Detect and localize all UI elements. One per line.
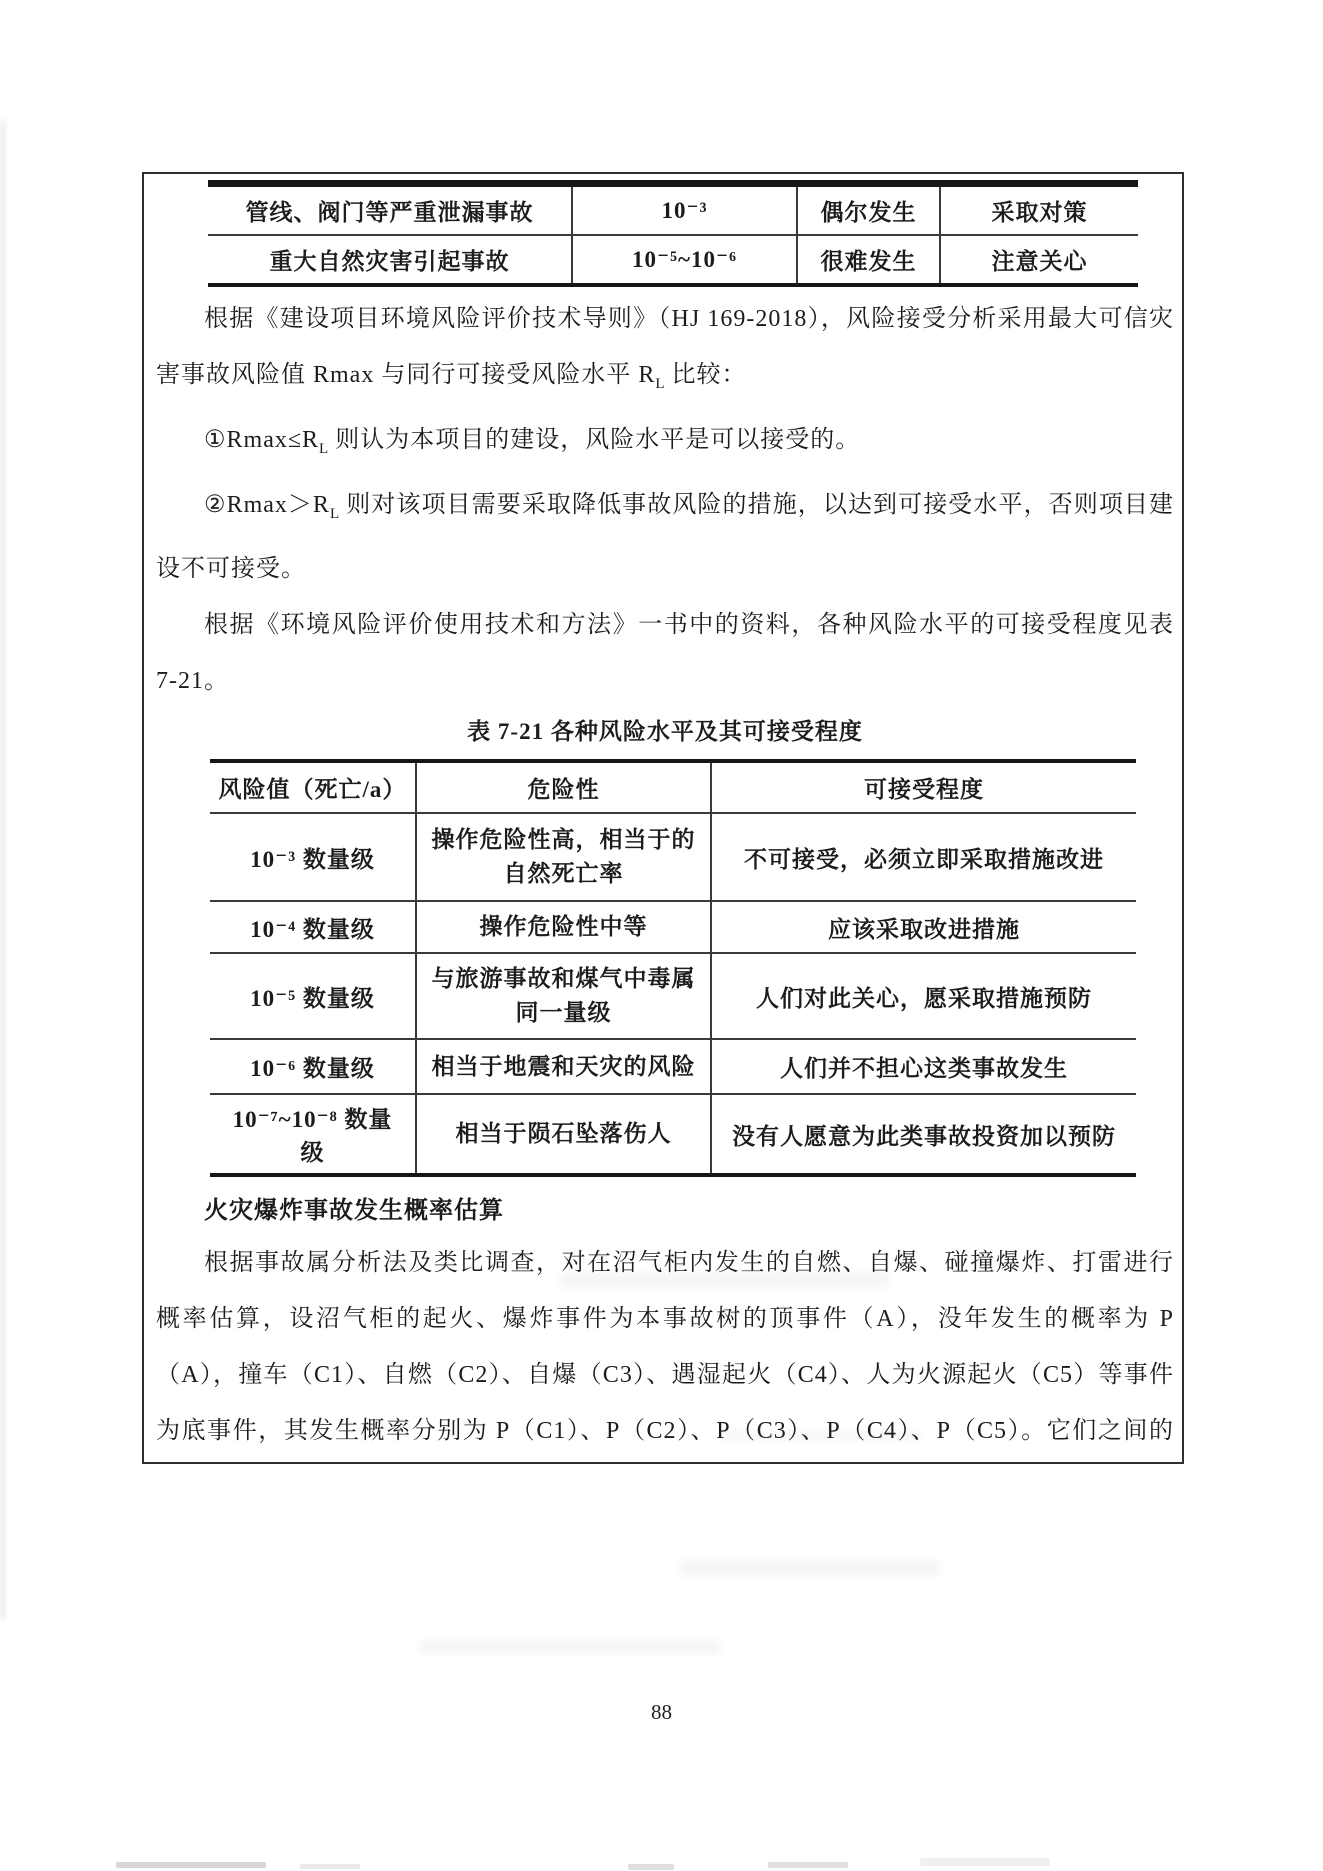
paragraph-text: ①Rmax≤R xyxy=(204,427,319,453)
section-heading: 火灾爆炸事故发生概率估算 xyxy=(156,1187,1174,1235)
document-border-box: 管线、阀门等严重泄漏事故 10⁻³ 偶尔发生 采取对策 重大自然灾害引起事故 1… xyxy=(142,172,1184,1464)
paragraph-text: 比较： xyxy=(665,362,747,388)
bleed-through-mark xyxy=(420,1640,720,1654)
cell-acceptability: 人们并不担心这类事故发生 xyxy=(711,1039,1136,1094)
cell-risk-value: 10⁻⁴ 数量级 xyxy=(210,901,416,953)
table-cell-accident: 重大自然灾害引起事故 xyxy=(208,235,572,285)
paragraph-condition-2: ②Rmax＞RL 则对该项目需要采取降低事故风险的措施，以达到可接受水平，否则项… xyxy=(156,477,1174,598)
subscript-l: L xyxy=(655,376,664,392)
cell-risk-value: 10⁻⁷~10⁻⁸ 数量级 xyxy=(210,1094,416,1175)
cell-acceptability: 没有人愿意为此类事故投资加以预防 xyxy=(711,1094,1136,1175)
table-cell-accident: 管线、阀门等严重泄漏事故 xyxy=(208,184,572,236)
header-acceptability: 可接受程度 xyxy=(711,761,1136,813)
cell-risk-value: 10⁻³ 数量级 xyxy=(210,813,416,901)
header-risk-value: 风险值（死亡/a） xyxy=(210,761,416,813)
table-row: 10⁻⁷~10⁻⁸ 数量级 相当于陨石坠落伤人 没有人愿意为此类事故投资加以预防 xyxy=(210,1094,1136,1175)
table-cell-frequency: 偶尔发生 xyxy=(797,184,940,236)
risk-level-table: 风险值（死亡/a） 危险性 可接受程度 10⁻³ 数量级 操作危险性高，相当于的… xyxy=(210,759,1136,1177)
scan-edge-shadow xyxy=(0,120,6,1620)
scan-smudge xyxy=(116,1862,266,1868)
table-row: 10⁻³ 数量级 操作危险性高，相当于的自然死亡率 不可接受，必须立即采取措施改… xyxy=(210,813,1136,901)
scan-smudge xyxy=(300,1864,360,1869)
cell-risk-value: 10⁻⁶ 数量级 xyxy=(210,1039,416,1094)
table-row: 10⁻⁶ 数量级 相当于地震和天灾的风险 人们并不担心这类事故发生 xyxy=(210,1039,1136,1094)
cell-danger: 相当于地震和天灾的风险 xyxy=(416,1039,711,1094)
cell-danger: 操作危险性高，相当于的自然死亡率 xyxy=(416,813,711,901)
table-cell-probability: 10⁻⁵~10⁻⁶ xyxy=(572,235,797,285)
page-number: 88 xyxy=(0,1700,1323,1725)
table-row: 重大自然灾害引起事故 10⁻⁵~10⁻⁶ 很难发生 注意关心 xyxy=(208,235,1138,285)
table-cell-frequency: 很难发生 xyxy=(797,235,940,285)
table-caption: 表 7-21 各种风险水平及其可接受程度 xyxy=(156,711,1174,753)
table-row: 管线、阀门等严重泄漏事故 10⁻³ 偶尔发生 采取对策 xyxy=(208,184,1138,236)
subscript-l: L xyxy=(319,441,328,457)
cell-acceptability: 人们对此关心，愿采取措施预防 xyxy=(711,953,1136,1039)
table-row: 10⁻⁴ 数量级 操作危险性中等 应该采取改进措施 xyxy=(210,901,1136,953)
paragraph-text: 则认为本项目的建设，风险水平是可以接受的。 xyxy=(328,427,860,453)
cell-acceptability: 不可接受，必须立即采取措施改进 xyxy=(711,813,1136,901)
table-row: 10⁻⁵ 数量级 与旅游事故和煤气中毒属同一量级 人们对此关心，愿采取措施预防 xyxy=(210,953,1136,1039)
header-danger: 危险性 xyxy=(416,761,711,813)
document-page: { "page": { "number": "88" }, "continuat… xyxy=(0,0,1323,1871)
table-cell-measure: 采取对策 xyxy=(940,184,1138,236)
table-cell-measure: 注意关心 xyxy=(940,235,1138,285)
cell-danger: 与旅游事故和煤气中毒属同一量级 xyxy=(416,953,711,1039)
paragraph-risk-criteria: 根据《建设项目环境风险评价技术导则》（HJ 169-2018），风险接受分析采用… xyxy=(156,291,1174,412)
table-cell-probability: 10⁻³ xyxy=(572,184,797,236)
cell-acceptability: 应该采取改进措施 xyxy=(711,901,1136,953)
scan-smudge xyxy=(920,1858,1050,1866)
paragraph-acceptability-intro: 根据《环境风险评价使用技术和方法》一书中的资料，各种风险水平的可接受程度见表 7… xyxy=(156,597,1174,709)
section-body-paragraph: 根据事故属分析法及类比调查，对在沼气柜内发生的自燃、自爆、碰撞爆炸、打雷进行概率… xyxy=(156,1235,1174,1464)
cell-risk-value: 10⁻⁵ 数量级 xyxy=(210,953,416,1039)
body-text-block: 根据《建设项目环境风险评价技术导则》（HJ 169-2018），风险接受分析采用… xyxy=(156,291,1174,709)
paragraph-condition-1: ①Rmax≤RL 则认为本项目的建设，风险水平是可以接受的。 xyxy=(156,412,1174,477)
scan-smudge xyxy=(768,1862,848,1868)
bleed-through-mark xyxy=(680,1560,940,1576)
table-header-row: 风险值（死亡/a） 危险性 可接受程度 xyxy=(210,761,1136,813)
subscript-l: L xyxy=(330,505,339,521)
paragraph-text: ②Rmax＞R xyxy=(204,492,330,518)
continuation-table: 管线、阀门等严重泄漏事故 10⁻³ 偶尔发生 采取对策 重大自然灾害引起事故 1… xyxy=(208,180,1138,287)
scan-smudge xyxy=(628,1864,674,1870)
cell-danger: 操作危险性中等 xyxy=(416,901,711,953)
cell-danger: 相当于陨石坠落伤人 xyxy=(416,1094,711,1175)
